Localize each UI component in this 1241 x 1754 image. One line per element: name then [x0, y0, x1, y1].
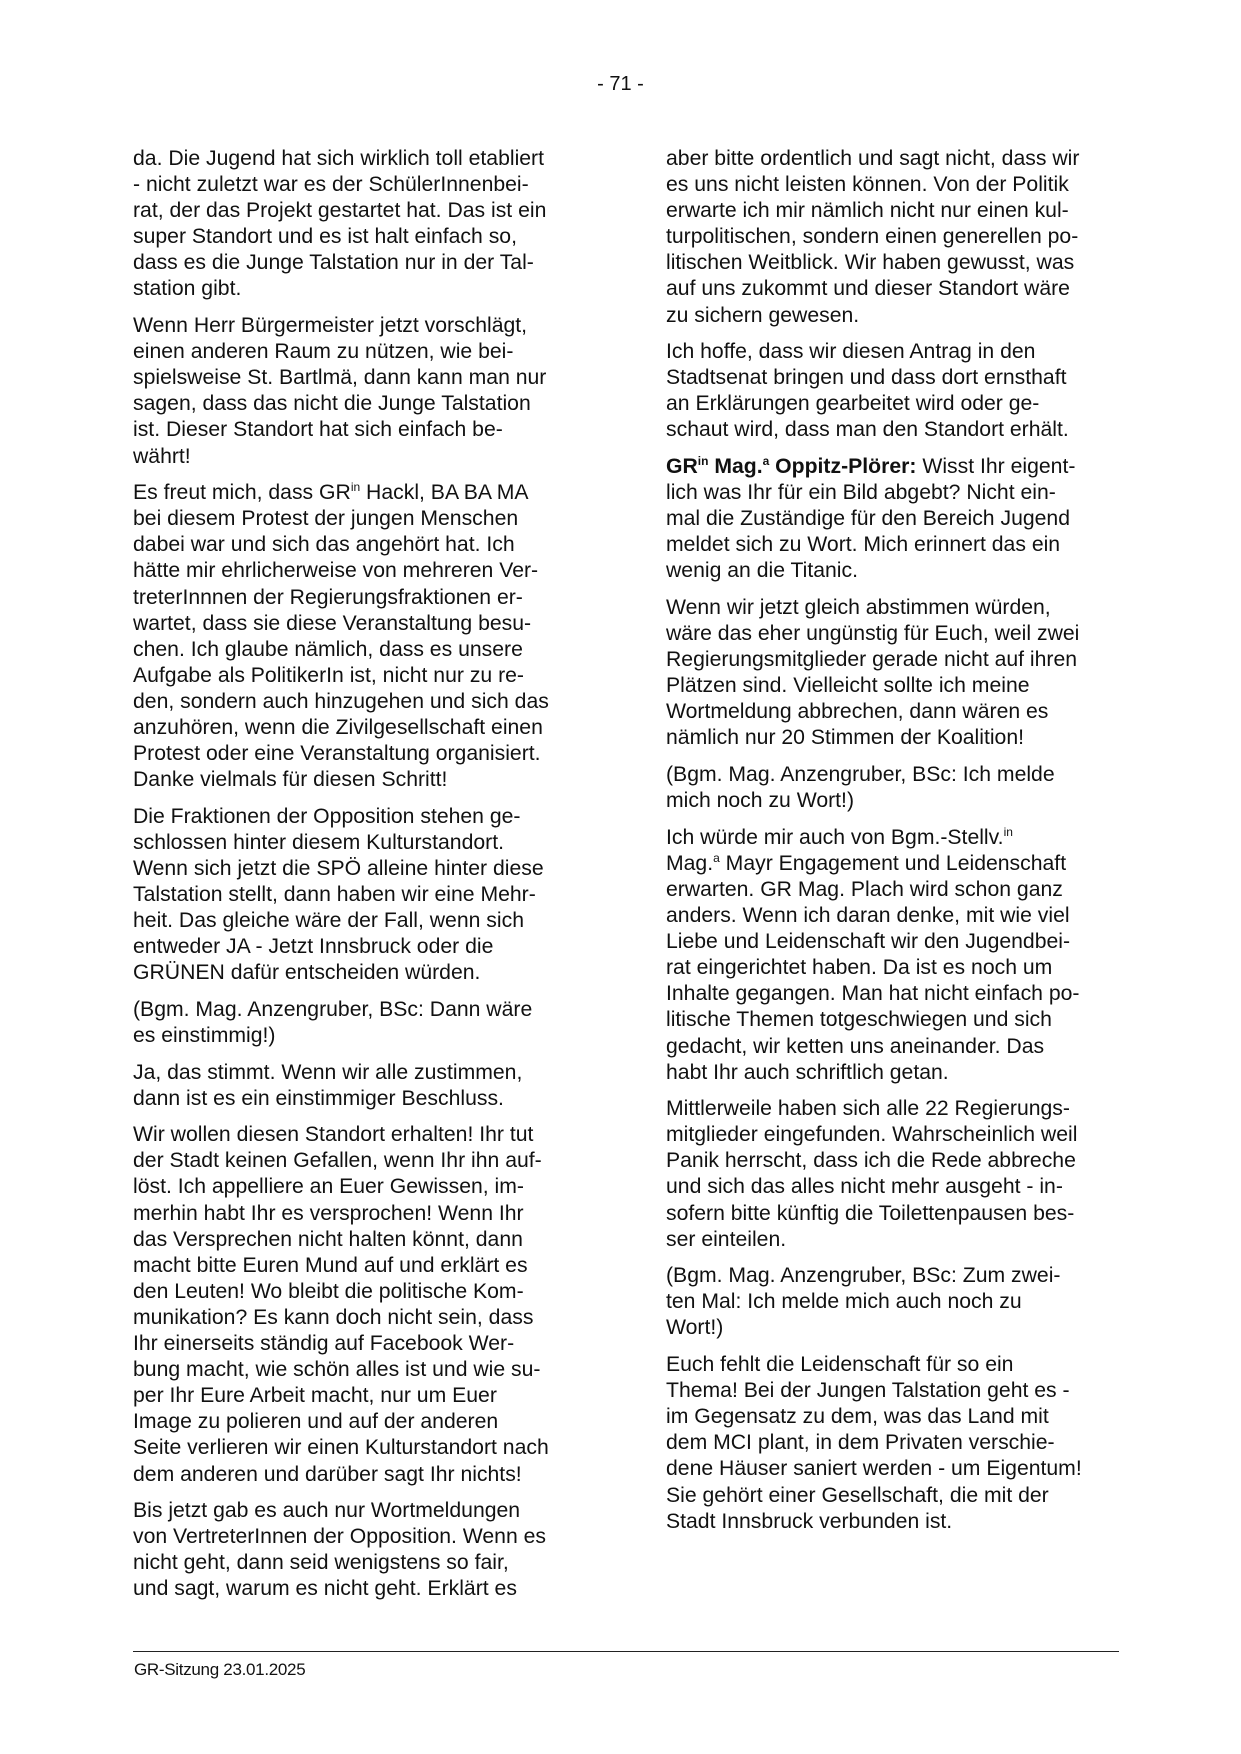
interjection: (Bgm. Mag. Anzengruber, BSc: Ich melde m… [666, 762, 1128, 814]
paragraph: Euch fehlt die Leidenschaft für so ein T… [666, 1352, 1128, 1535]
paragraph: Wenn wir jetzt gleich abstimmen würden, … [666, 595, 1128, 752]
footer-divider [133, 1651, 1119, 1652]
paragraph: Ich hoffe, dass wir diesen Antrag in den… [666, 339, 1128, 443]
paragraph: Ich würde mir auch von Bgm.-Stellv.in Ma… [666, 825, 1128, 1086]
right-column: aber bitte ordentlich und sagt nicht, da… [666, 146, 1128, 1545]
paragraph: Wenn Herr Bürgermeister jetzt vorschlägt… [133, 313, 605, 470]
page-number: - 71 - [0, 72, 1241, 96]
paragraph: Ja, das stimmt. Wenn wir alle zustimmen,… [133, 1060, 605, 1112]
footer-session-date: GR-Sitzung 23.01.2025 [134, 1660, 305, 1680]
paragraph: Bis jetzt gab es auch nur Wortmeldungen … [133, 1498, 605, 1602]
left-column: da. Die Jugend hat sich wirklich toll et… [133, 146, 605, 1613]
paragraph: da. Die Jugend hat sich wirklich toll et… [133, 146, 605, 303]
paragraph: Wir wollen diesen Standort erhalten! Ihr… [133, 1122, 605, 1487]
interjection: (Bgm. Mag. Anzengruber, BSc: Zum zwei- t… [666, 1263, 1128, 1341]
paragraph: aber bitte ordentlich und sagt nicht, da… [666, 146, 1128, 329]
speaker-paragraph: GRin Mag.a Oppitz-Plörer: Wisst Ihr eige… [666, 454, 1128, 584]
paragraph: Mittlerweile haben sich alle 22 Regierun… [666, 1096, 1128, 1253]
speaker-name: GRin Mag.a Oppitz-Plörer: [666, 455, 916, 478]
interjection: (Bgm. Mag. Anzengruber, BSc: Dann wäre e… [133, 997, 605, 1049]
paragraph: Es freut mich, dass GRin Hackl, BA BA MA… [133, 480, 605, 793]
paragraph: Die Fraktionen der Opposition stehen ge-… [133, 804, 605, 987]
